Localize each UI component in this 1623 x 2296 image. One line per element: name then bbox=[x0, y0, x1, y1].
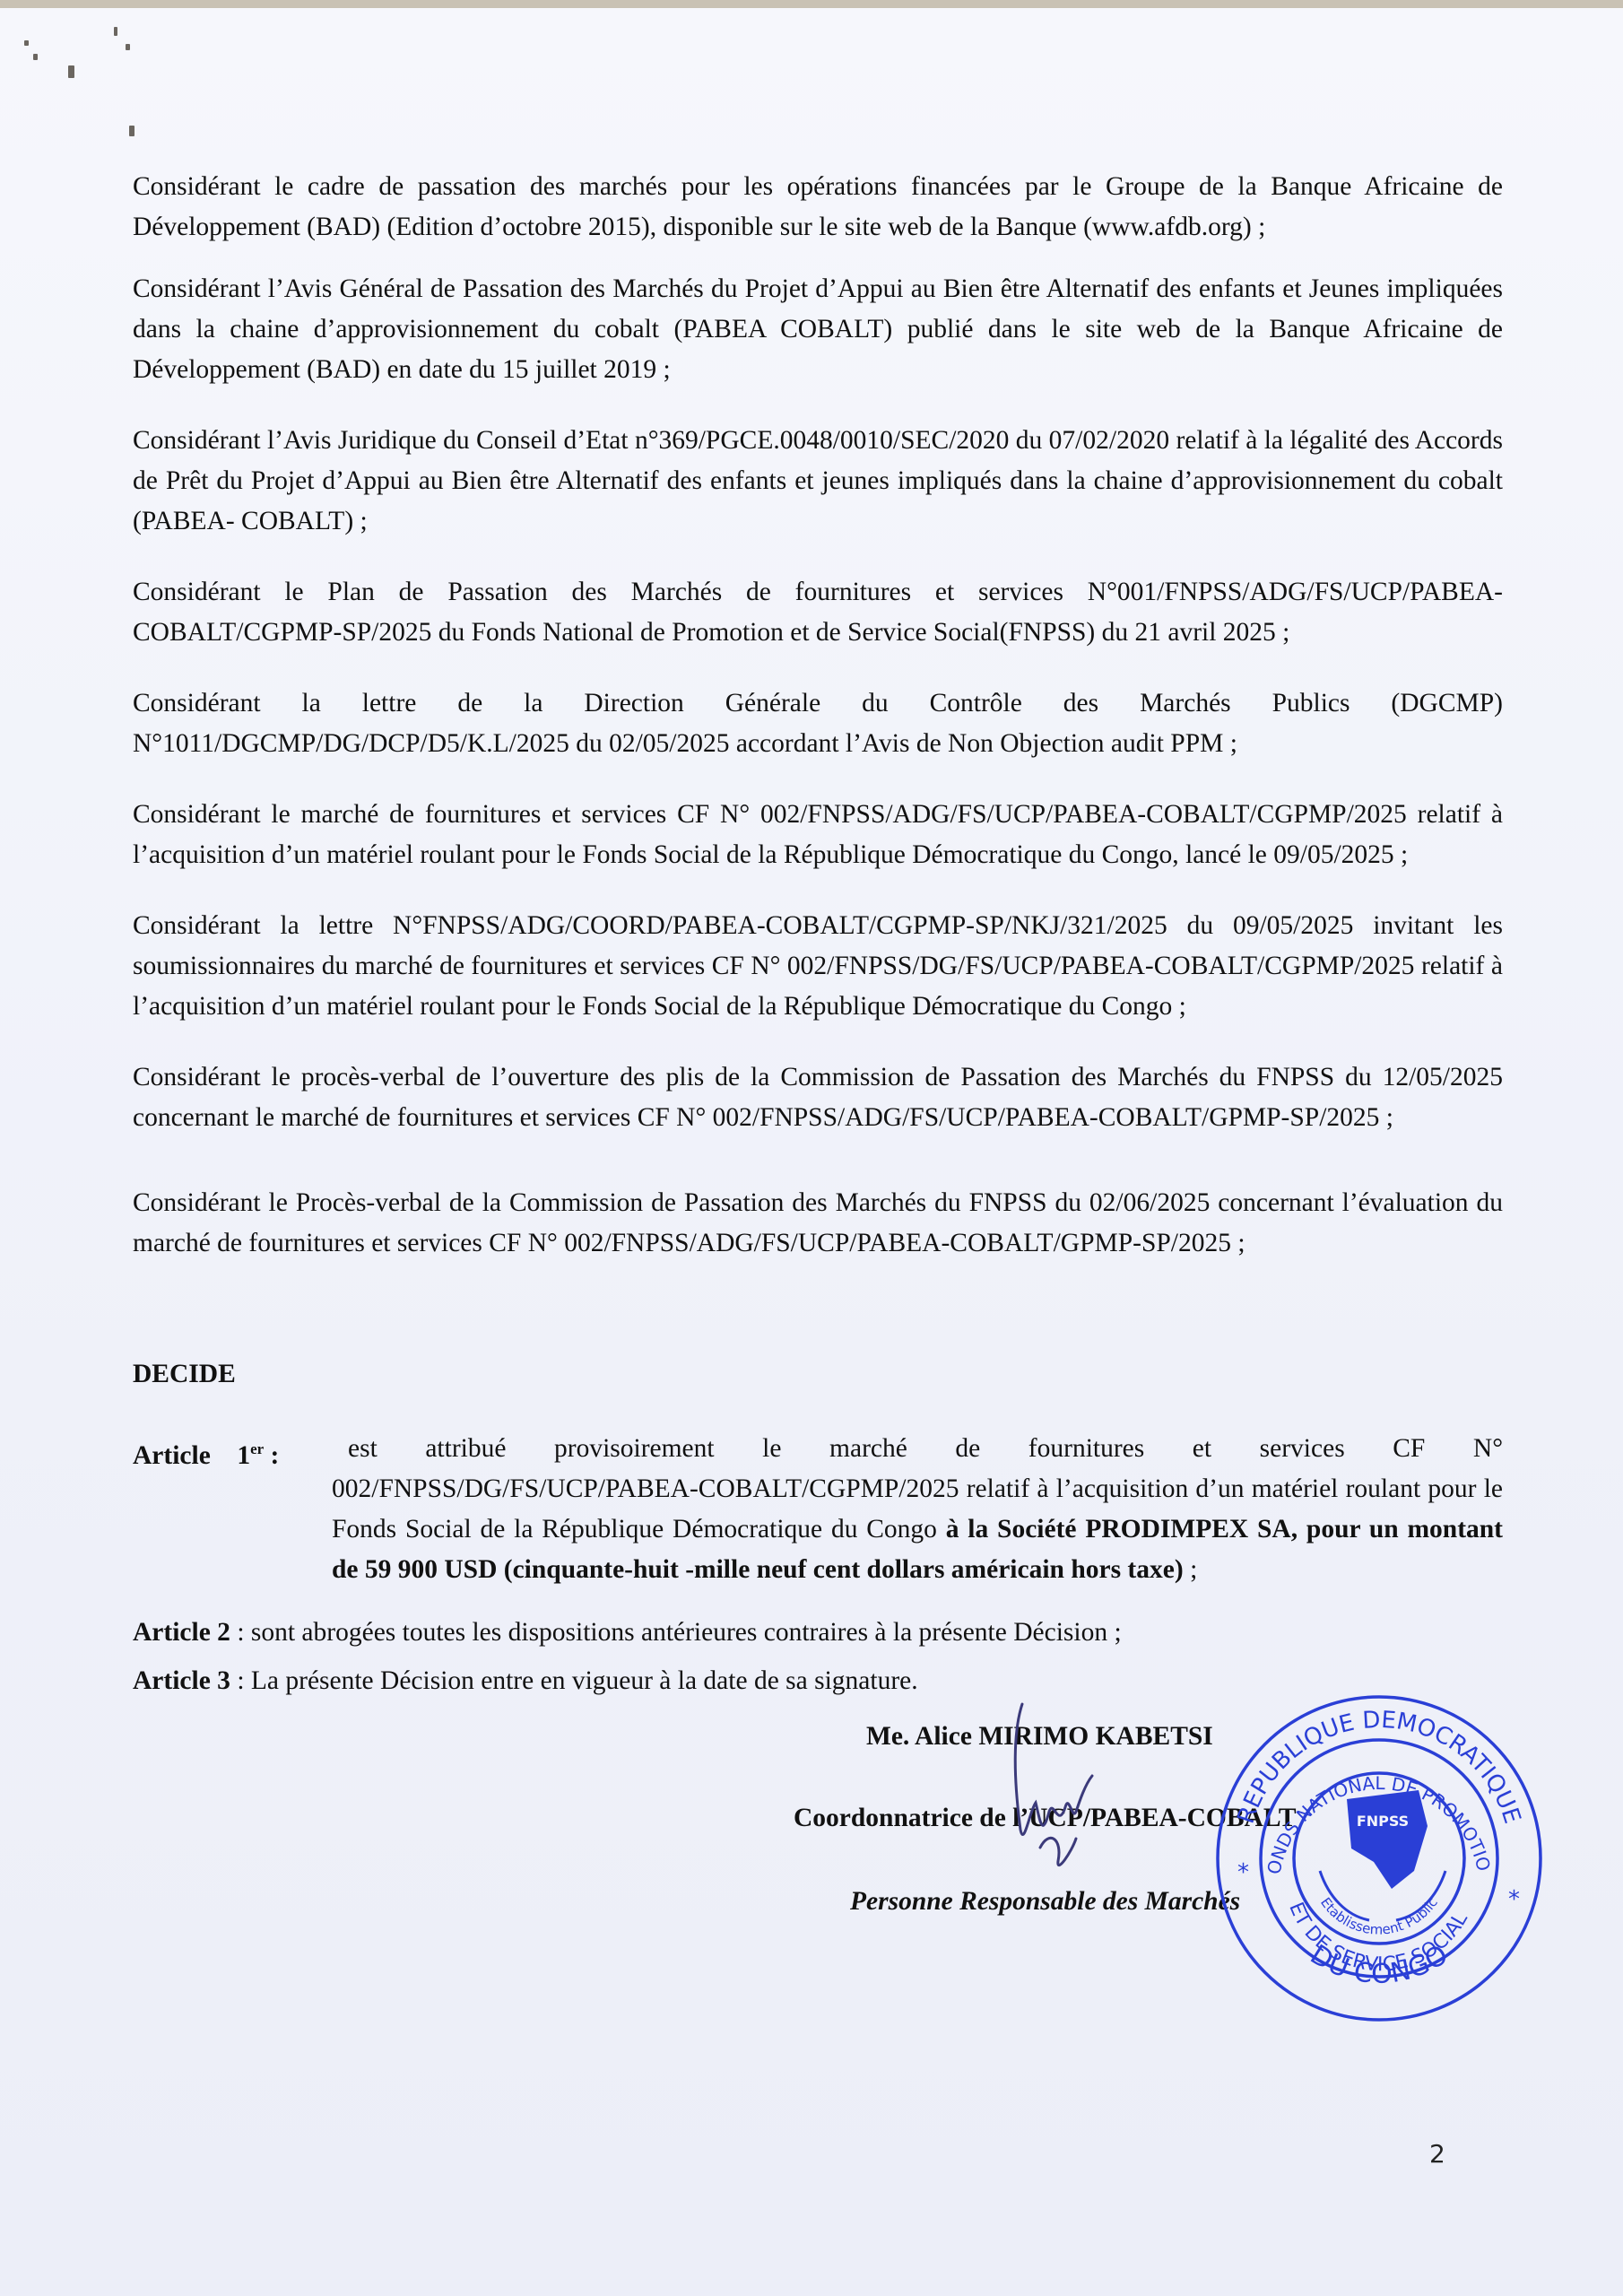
svg-text:*: * bbox=[1237, 1859, 1249, 1886]
scan-top-edge bbox=[0, 0, 1623, 8]
considerant-paragraph: Considérant la lettre de la Direction Gé… bbox=[133, 683, 1503, 764]
page-number: 2 bbox=[1429, 2139, 1445, 2169]
considerant-paragraph: Considérant le marché de fournitures et … bbox=[133, 795, 1503, 875]
considerant-paragraph: Considérant l’Avis Général de Passation … bbox=[133, 269, 1503, 390]
article-1-first-line: est attribué provisoirement le marché de… bbox=[348, 1429, 1503, 1469]
considerant-paragraph: Considérant le procès-verbal de l’ouvert… bbox=[133, 1057, 1503, 1138]
considerant-paragraph: Considérant l’Avis Juridique du Conseil … bbox=[133, 421, 1503, 542]
handwritten-signature bbox=[986, 1695, 1166, 1892]
official-stamp: REPUBLIQUE DEMOCRATIQUE DU CONGO FONDS N… bbox=[1212, 1692, 1546, 2025]
considerants-section: Considérant le cadre de passation des ma… bbox=[133, 167, 1503, 1264]
considerant-paragraph: Considérant le Procès-verbal de la Commi… bbox=[133, 1183, 1503, 1264]
article-3: Article 3 : La présente Décision entre e… bbox=[133, 1661, 918, 1701]
considerant-paragraph: Considérant la lettre N°FNPSS/ADG/COORD/… bbox=[133, 906, 1503, 1027]
article-2: Article 2 : sont abrogées toutes les dis… bbox=[133, 1613, 1122, 1653]
considerant-paragraph: Considérant le Plan de Passation des Mar… bbox=[133, 572, 1503, 653]
svg-text:*: * bbox=[1508, 1886, 1520, 1913]
article-1-label: Article 1er : bbox=[133, 1429, 279, 1476]
article-1: Article 1er : est attribué provisoiremen… bbox=[133, 1429, 1503, 1590]
svg-text:FNPSS: FNPSS bbox=[1357, 1813, 1409, 1830]
considerant-paragraph: Considérant le cadre de passation des ma… bbox=[133, 167, 1503, 248]
decide-heading: DECIDE bbox=[133, 1360, 236, 1389]
